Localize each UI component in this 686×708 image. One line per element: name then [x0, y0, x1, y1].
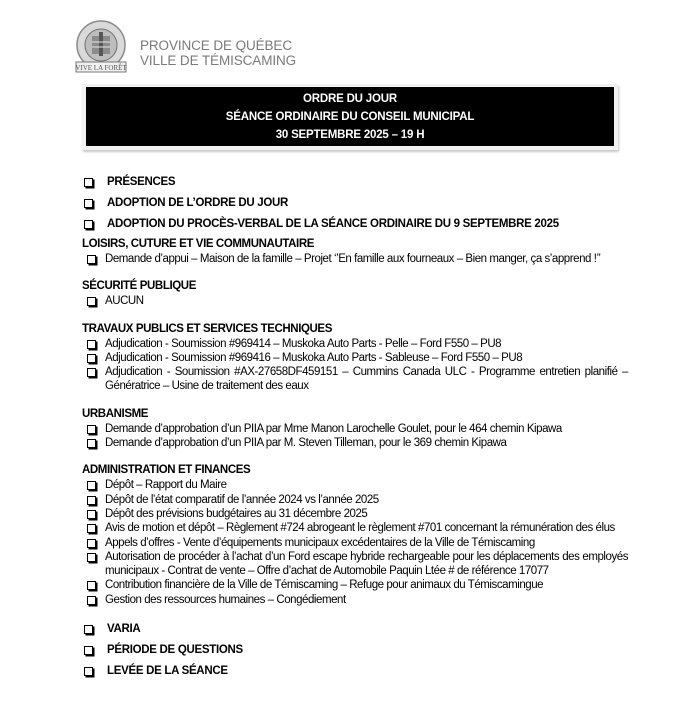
agenda-sub-item-label: Appels d’offres - Vente d’équipements mu…	[105, 537, 535, 549]
agenda-item: PRÉSENCES	[82, 172, 642, 193]
agenda-sub-item-label: Adjudication - Soumission #969414 – Musk…	[105, 338, 501, 350]
checkbox-icon[interactable]	[87, 255, 96, 264]
agenda-sub-item-label: Avis de motion et dépôt – Règlement #724…	[105, 522, 615, 534]
agenda-item: PÉRIODE DE QUESTIONS	[82, 640, 642, 661]
agenda-sub-item-label: Autorisation de procéder à l’achat d’un …	[105, 551, 628, 577]
section-title: SÉCURITÉ PUBLIQUE	[82, 279, 642, 294]
checkbox-icon[interactable]	[84, 199, 93, 208]
agenda-sub-item: Demande d’approbation d’un PIIA par M. S…	[82, 436, 628, 450]
checkbox-icon[interactable]	[87, 524, 96, 533]
agenda-sub-item: Dépôt de l’état comparatif de l’année 20…	[82, 493, 628, 507]
checkbox-icon[interactable]	[87, 496, 96, 505]
agenda-sub-item: Adjudication - Soumission #AX-27658DF459…	[82, 365, 628, 394]
meeting-type: SÉANCE ORDINAIRE DU CONSEIL MUNICIPAL	[86, 108, 614, 126]
city-seal-logo-icon: VIVE LA FORÊT	[70, 18, 132, 80]
checkbox-icon[interactable]	[87, 340, 96, 349]
agenda-item-label: ADOPTION DU PROCÈS-VERBAL DE LA SÉANCE O…	[107, 214, 559, 235]
closing-items: VARIAPÉRIODE DE QUESTIONSLEVÉE DE LA SÉA…	[82, 619, 642, 682]
agenda-sections: LOISIRS, CUTURE ET VIE COMMUNAUTAIREDema…	[82, 237, 642, 607]
agenda-item: VARIA	[82, 619, 642, 640]
agenda-sub-item: Adjudication - Soumission #969416 – Musk…	[82, 351, 628, 365]
checkbox-icon[interactable]	[84, 220, 93, 229]
agenda-sub-item-label: Demande d’approbation d’un PIIA par M. S…	[105, 437, 506, 449]
agenda-section: URBANISMEDemande d’approbation d’un PIIA…	[82, 407, 642, 451]
agenda-section: SÉCURITÉ PUBLIQUEAUCUN	[82, 279, 642, 308]
agenda-title-box: ORDRE DU JOUR SÉANCE ORDINAIRE DU CONSEI…	[86, 87, 614, 146]
agenda-section: ADMINISTRATION ET FINANCESDépôt – Rappor…	[82, 463, 642, 607]
checkbox-icon[interactable]	[87, 368, 96, 377]
agenda-sub-item-label: Adjudication - Soumission #969416 – Musk…	[105, 352, 522, 364]
section-title: LOISIRS, CUTURE ET VIE COMMUNAUTAIRE	[82, 237, 642, 252]
agenda-sub-item: Dépôt des prévisions budgétaires au 31 d…	[82, 507, 628, 521]
agenda-sub-item: Adjudication - Soumission #969414 – Musk…	[82, 337, 628, 351]
agenda-sub-item: Avis de motion et dépôt – Règlement #724…	[82, 521, 628, 535]
opening-items: PRÉSENCESADOPTION DE L’ORDRE DU JOURADOP…	[82, 172, 642, 235]
checkbox-icon[interactable]	[84, 625, 93, 634]
agenda-sub-item-label: Dépôt des prévisions budgétaires au 31 d…	[105, 508, 367, 520]
agenda-sub-item-label: Demande d’appui – Maison de la famille –…	[105, 253, 600, 265]
section-title: ADMINISTRATION ET FINANCES	[82, 463, 642, 478]
section-title: URBANISME	[82, 407, 642, 422]
checkbox-icon[interactable]	[87, 354, 96, 363]
checkbox-icon[interactable]	[87, 553, 96, 562]
agenda-sub-item-label: AUCUN	[105, 295, 144, 307]
agenda-sub-item-label: Demande d’approbation d’un PIIA par Mme …	[105, 423, 562, 435]
checkbox-icon[interactable]	[87, 425, 96, 434]
agenda-sub-item: AUCUN	[82, 294, 628, 308]
agenda-body: PRÉSENCESADOPTION DE L’ORDRE DU JOURADOP…	[82, 172, 642, 682]
checkbox-icon[interactable]	[84, 667, 93, 676]
agenda-section: LOISIRS, CUTURE ET VIE COMMUNAUTAIREDema…	[82, 237, 642, 266]
section-title: TRAVAUX PUBLICS ET SERVICES TECHNIQUES	[82, 322, 642, 337]
agenda-sub-item-label: Adjudication - Soumission #AX-27658DF459…	[105, 366, 628, 392]
agenda-sub-item: Demande d’approbation d’un PIIA par Mme …	[82, 422, 628, 436]
checkbox-icon[interactable]	[87, 539, 96, 548]
organization-name: PROVINCE DE QUÉBEC VILLE DE TÉMISCAMING	[140, 38, 296, 68]
agenda-sub-item: Appels d’offres - Vente d’équipements mu…	[82, 536, 628, 550]
agenda-sub-item: Gestion des ressources humaines – Congéd…	[82, 593, 628, 607]
agenda-section: TRAVAUX PUBLICS ET SERVICES TECHNIQUESAd…	[82, 322, 642, 394]
agenda-sub-item: Contribution financière de la Ville de T…	[82, 578, 628, 592]
city-label: VILLE DE TÉMISCAMING	[140, 53, 296, 68]
checkbox-icon[interactable]	[84, 178, 93, 187]
province-label: PROVINCE DE QUÉBEC	[140, 38, 296, 53]
checkbox-icon[interactable]	[87, 439, 96, 448]
svg-text:VIVE LA FORÊT: VIVE LA FORÊT	[75, 64, 127, 72]
agenda-title: ORDRE DU JOUR	[86, 90, 614, 108]
agenda-item: ADOPTION DU PROCÈS-VERBAL DE LA SÉANCE O…	[82, 214, 642, 235]
agenda-sub-item-label: Contribution financière de la Ville de T…	[105, 579, 543, 591]
agenda-sub-item-label: Dépôt – Rapport du Maire	[105, 479, 227, 491]
agenda-sub-item: Autorisation de procéder à l’achat d’un …	[82, 550, 628, 579]
agenda-item: LEVÉE DE LA SÉANCE	[82, 661, 642, 682]
checkbox-icon[interactable]	[87, 596, 96, 605]
checkbox-icon[interactable]	[87, 297, 96, 306]
meeting-date: 30 SEPTEMBRE 2025 – 19 H	[86, 126, 614, 144]
agenda-sub-item: Dépôt – Rapport du Maire	[82, 478, 628, 492]
checkbox-icon[interactable]	[87, 581, 96, 590]
agenda-item-label: PRÉSENCES	[107, 172, 175, 193]
agenda-sub-item-label: Dépôt de l’état comparatif de l’année 20…	[105, 494, 379, 506]
agenda-sub-item: Demande d’appui – Maison de la famille –…	[82, 252, 628, 266]
agenda-item-label: PÉRIODE DE QUESTIONS	[107, 640, 243, 661]
agenda-item-label: VARIA	[107, 619, 140, 640]
agenda-item-label: LEVÉE DE LA SÉANCE	[107, 661, 228, 682]
agenda-title-banner: ORDRE DU JOUR SÉANCE ORDINAIRE DU CONSEI…	[82, 84, 618, 150]
agenda-sub-item-label: Gestion des ressources humaines – Congéd…	[105, 594, 346, 606]
agenda-item: ADOPTION DE L’ORDRE DU JOUR	[82, 193, 642, 214]
checkbox-icon[interactable]	[87, 481, 96, 490]
agenda-item-label: ADOPTION DE L’ORDRE DU JOUR	[107, 193, 288, 214]
checkbox-icon[interactable]	[87, 510, 96, 519]
checkbox-icon[interactable]	[84, 646, 93, 655]
